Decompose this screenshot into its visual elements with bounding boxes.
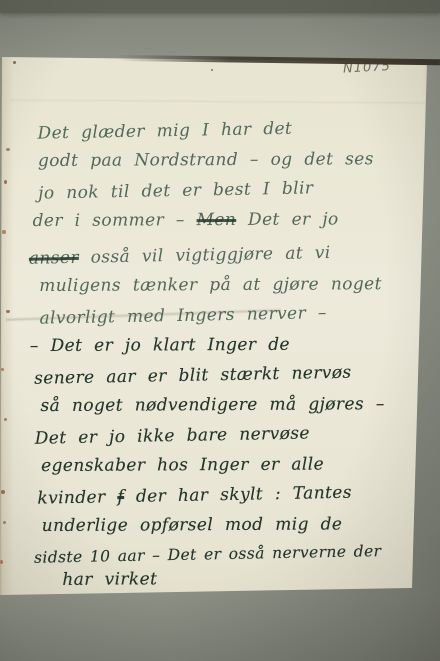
handwriting-text: senere aar er blit stærkt nervøs bbox=[34, 363, 352, 389]
handwriting-line: alvorligt med Ingers nerver – bbox=[39, 301, 418, 338]
foxing-spot bbox=[6, 310, 10, 313]
struck-text: f bbox=[117, 487, 124, 507]
handwriting-text: sidste 10 aar – Det er osså nerverne der bbox=[34, 542, 382, 567]
backing-board-top-edge bbox=[0, 0, 440, 13]
struck-text: Men bbox=[197, 210, 237, 230]
handwriting-text: har virket bbox=[62, 569, 157, 589]
handwriting-line: egenskaber hos Inger er alle bbox=[41, 454, 419, 486]
foxing-spot bbox=[2, 230, 6, 234]
foxing-spot bbox=[13, 61, 16, 64]
handwriting-text: underlige opførsel mod mig de bbox=[42, 514, 343, 536]
handwriting-line: muligens tænker på at gjøre noget bbox=[39, 274, 417, 306]
handwriting-line: anser osså vil vigtiggjøre at vi bbox=[29, 241, 418, 278]
handwriting-line: godt paa Nordstrand – og det ses bbox=[38, 149, 416, 181]
handwriting-text: Det glæder mig I har det bbox=[37, 119, 292, 144]
handwriting-line: – Det er jo klart Inger de bbox=[30, 334, 418, 366]
foxing-spot bbox=[6, 148, 10, 151]
foxing-spot bbox=[0, 560, 3, 564]
fold-crease bbox=[10, 100, 425, 104]
foxing-spot bbox=[4, 418, 7, 421]
handwriting-text: jo nok til det er best I blir bbox=[38, 178, 314, 203]
handwriting-text: der har skylt : Tantes bbox=[136, 483, 352, 507]
handwriting-text: der i sommer – bbox=[33, 210, 185, 231]
handwriting-text: muligens tænker på at gjøre noget bbox=[39, 274, 382, 296]
letter-photograph: N1075 Det glæder mig I har det godt paa … bbox=[0, 0, 440, 661]
foxing-spot bbox=[4, 180, 7, 184]
foxing-spot bbox=[1, 490, 5, 494]
handwriting-line: jo nok til det er best I blir bbox=[38, 176, 417, 213]
foxing-spot bbox=[1, 368, 4, 371]
struck-text: anser bbox=[29, 248, 79, 269]
handwriting-line: underlige opførsel mod mig de bbox=[42, 514, 420, 546]
handwriting-line: så noget nødvendigere må gjøres – bbox=[40, 394, 418, 426]
handwriting-text: Det er jo ikke bare nervøse bbox=[35, 423, 310, 448]
letter-page: N1075 Det glæder mig I har det godt paa … bbox=[0, 0, 440, 661]
foxing-spot bbox=[211, 69, 213, 71]
handwriting-line: Det er jo ikke bare nervøse bbox=[35, 421, 420, 458]
handwriting-line: der i sommer – Men Det er jo bbox=[33, 209, 417, 241]
handwriting-block: Det glæder mig I har det godt paa Nordst… bbox=[38, 118, 421, 601]
handwriting-line: senere aar er blit stærkt nervøs bbox=[34, 361, 419, 398]
handwriting-text: egenskaber hos Inger er alle bbox=[41, 455, 324, 476]
handwriting-text: – Det er jo klart Inger de bbox=[30, 335, 290, 356]
handwriting-text: osså vil vigtiggjøre at vi bbox=[91, 243, 331, 268]
handwriting-line: Det glæder mig I har det bbox=[37, 116, 416, 153]
handwriting-text: alvorligt med Ingers nerver – bbox=[39, 303, 327, 329]
handwriting-text: kvinder bbox=[37, 487, 106, 508]
handwriting-text: Det er jo bbox=[248, 209, 339, 229]
handwriting-line: kvinder f der har skylt : Tantes bbox=[37, 481, 420, 518]
foxing-spot bbox=[3, 521, 6, 524]
handwriting-text: godt paa Nordstrand – og det ses bbox=[38, 149, 374, 171]
handwriting-text: så noget nødvendigere må gjøres – bbox=[40, 394, 384, 416]
